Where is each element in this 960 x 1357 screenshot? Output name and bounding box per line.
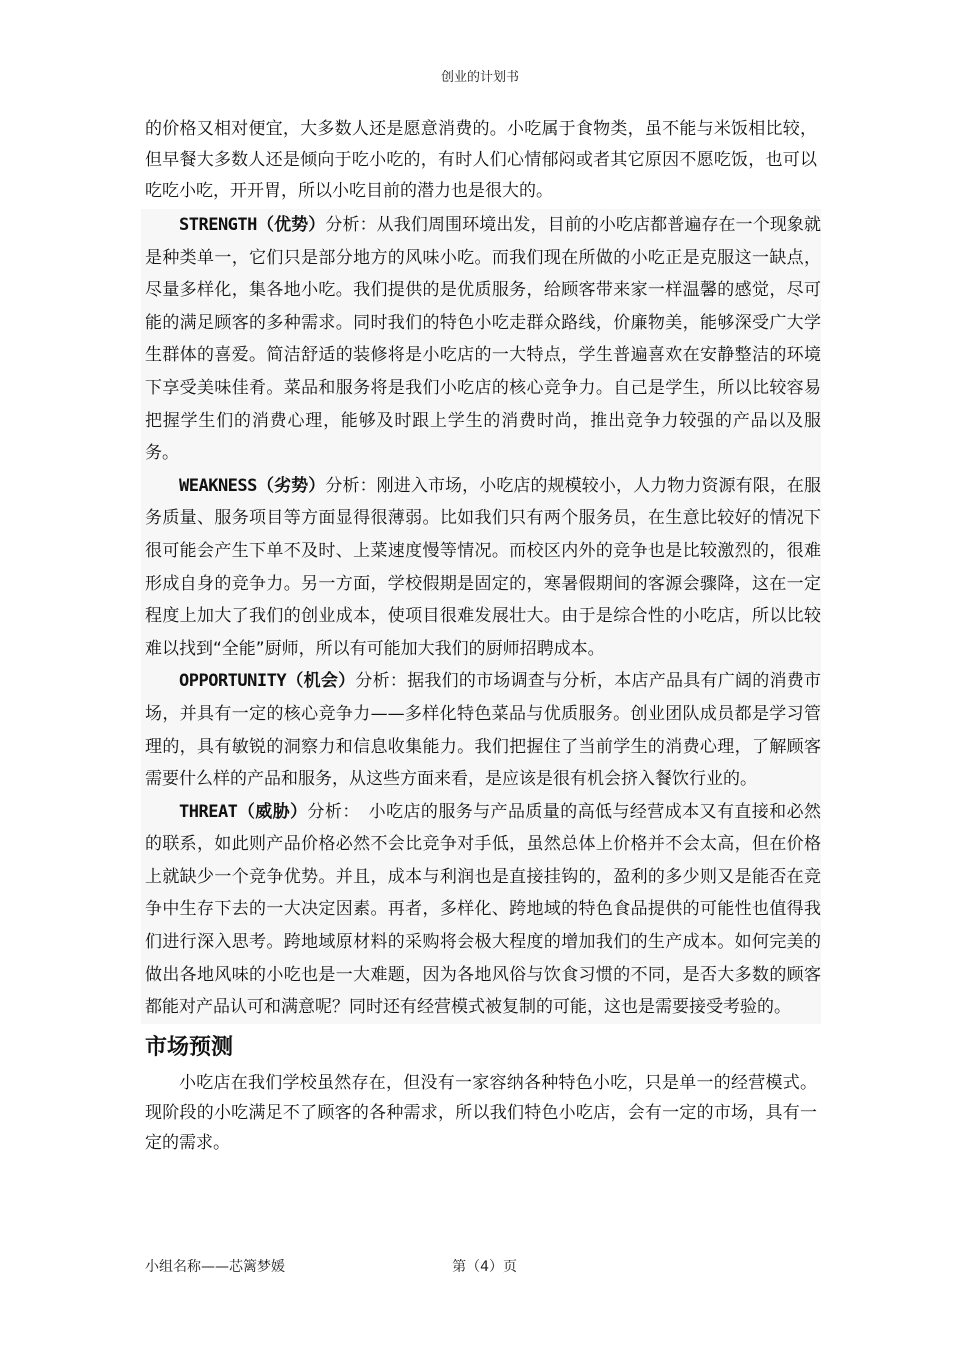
document-title: 创业的计划书 (441, 70, 519, 85)
page-header: 创业的计划书 (0, 66, 960, 85)
swot-prefix: 分析： (325, 476, 376, 496)
swot-label: （劣势） (257, 476, 325, 496)
swot-term: WEAKNESS (179, 476, 257, 496)
page-footer: 小组名称——芯篱梦媛 第（4）页 (145, 1256, 665, 1276)
swot-label: （机会） (286, 671, 355, 691)
market-forecast-paragraph: 小吃店在我们学校虽然存在，但没有一家容纳各种特色小吃，只是单一的经营模式。现阶段… (145, 1068, 817, 1158)
page-number: 第（4）页 (452, 1256, 517, 1276)
swot-weakness-paragraph: WEAKNESS（劣势）分析：刚进入市场，小吃店的规模较小，人力物力资源有限，在… (145, 470, 821, 666)
intro-paragraph: 的价格又相对便宜，大多数人还是愿意消费的。小吃属于食物类，虽不能与米饭相比较，但… (145, 114, 817, 207)
swot-term: STRENGTH (179, 215, 257, 235)
swot-text: 从我们周围环境出发，目前的小吃店都普遍存在一个现象就是种类单一，它们只是部分地方… (145, 215, 821, 463)
swot-strength-paragraph: STRENGTH（优势）分析：从我们周围环境出发，目前的小吃店都普遍存在一个现象… (145, 209, 821, 470)
swot-analysis-block: STRENGTH（优势）分析：从我们周围环境出发，目前的小吃店都普遍存在一个现象… (141, 209, 821, 1024)
group-name: 小组名称——芯篱梦媛 (145, 1256, 285, 1276)
section-heading-market-forecast: 市场预测 (145, 1030, 817, 1066)
swot-label: （优势） (257, 215, 325, 235)
swot-prefix: 分析： (308, 802, 352, 822)
swot-prefix: 分析： (325, 215, 376, 235)
swot-label: （威胁） (237, 802, 307, 822)
swot-term: THREAT (179, 802, 237, 822)
swot-prefix: 分析： (355, 671, 407, 691)
swot-threat-paragraph: THREAT（威胁）分析： 小吃店的服务与产品质量的高低与经营成本又有直接和必然… (145, 796, 821, 1024)
swot-term: OPPORTUNITY (179, 671, 286, 691)
swot-text: 小吃店的服务与产品质量的高低与经营成本又有直接和必然的联系，如此则产品价格必然不… (145, 802, 821, 1018)
swot-text: 刚进入市场，小吃店的规模较小，人力物力资源有限，在服务质量、服务项目等方面显得很… (145, 476, 821, 659)
swot-opportunity-paragraph: OPPORTUNITY（机会）分析：据我们的市场调查与分析，本店产品具有广阔的消… (145, 665, 821, 795)
page-body: 的价格又相对便宜，大多数人还是愿意消费的。小吃属于食物类，虽不能与米饭相比较，但… (145, 114, 817, 1158)
